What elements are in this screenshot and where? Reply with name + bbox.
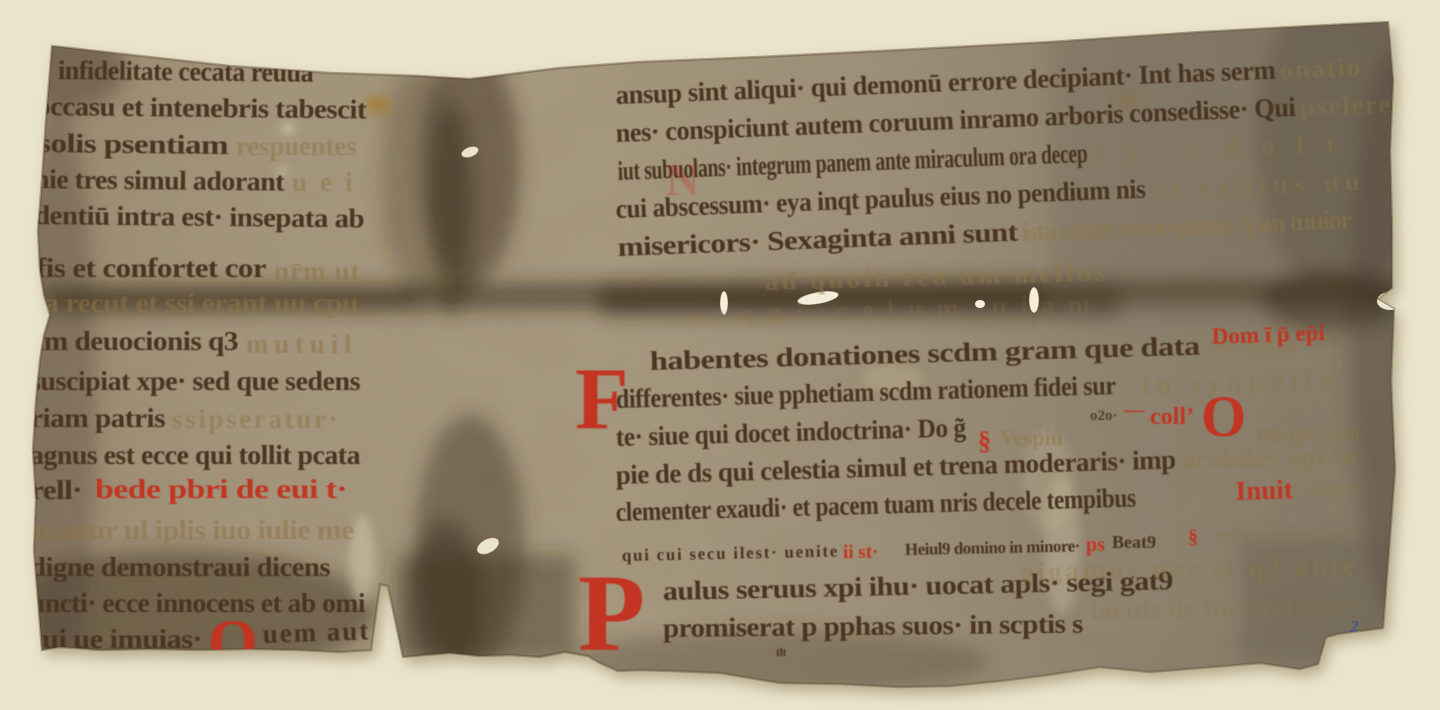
rubric-beatus: Beat9	[1112, 532, 1156, 552]
manuscript-line: promiserat p pphas suos· in scptis s	[663, 609, 1083, 643]
faded-omnipotens: mnīpe sem	[1256, 421, 1361, 447]
rubric-dominica: Dom ī p̄ ep̄i	[1211, 320, 1326, 349]
manuscript-line: dentiū intra est· insepata ab	[34, 200, 364, 233]
manuscript-line: fis et confortet cor	[36, 253, 267, 283]
rubric-dash: —	[1123, 399, 1145, 421]
parchment-fragment: infidelitate cecata reuua occasu et inte…	[0, 0, 1440, 710]
manuscript-photo: infidelitate cecata reuua occasu et inte…	[0, 0, 1440, 710]
manuscript-line: suscipiat xpe· sed que sedens	[30, 366, 360, 396]
manuscript-line: nie tres simul adorant	[34, 164, 285, 197]
rubric-invitatorium: Inuit	[1235, 474, 1293, 506]
versicle-mark: §	[978, 426, 991, 455]
rubric-bede: bede pbri de eui t·	[95, 474, 347, 504]
manuscript-line: occasu et intenebris tabescit	[36, 91, 367, 124]
correction-mark: tlt	[776, 645, 786, 659]
fold-slit-hole	[1029, 287, 1039, 313]
manuscript-line-faded: nr̄m ut	[274, 256, 360, 286]
rubric-ps: ps	[1086, 534, 1105, 556]
manuscript-line-faded: erexit ihu nostri	[1215, 524, 1361, 544]
rubric-oratio: o2o·	[1090, 408, 1118, 424]
initial-f: F	[575, 351, 629, 448]
manuscript-line-faded: respuentes	[236, 131, 356, 161]
rubric-vespers: Vespiū	[1000, 425, 1063, 450]
rubric-ii-st: ii st·	[843, 542, 878, 563]
manuscript-line-faded: mutuil	[246, 329, 352, 359]
versicle-mark: §	[1188, 526, 1198, 548]
initial-p: P	[578, 552, 645, 674]
manuscript-line: um deuocionis q3	[28, 326, 238, 356]
faded-rubric-tail: clamen	[1304, 478, 1359, 498]
manuscript-line: digne demonstraui dicens	[30, 552, 330, 582]
manuscript-line: ui ue imuias·	[42, 624, 202, 654]
manuscript-line: solis psentiam	[38, 128, 230, 160]
manuscript-line: agnus est ecce qui tollit pcata	[30, 440, 361, 470]
manuscript-line-faded: onatio	[1279, 52, 1360, 85]
manuscript-line: uncti· ecce innocens et ab omi	[30, 588, 366, 618]
faint-red-initial: N	[666, 154, 699, 205]
manuscript-line: rell·	[30, 475, 82, 505]
initial-o: O	[1201, 384, 1246, 449]
manuscript-line-faded: facitis de fiu eui facite	[1089, 591, 1350, 626]
manuscript-line: riam patris	[30, 403, 165, 433]
manuscript-line-faded: ueutur ul iplis iuo iulie me	[34, 515, 355, 545]
rubric-collecta: coll’	[1150, 404, 1194, 430]
manuscript-line-faded: ua recut et ssi erant uu cpu	[28, 288, 359, 318]
photo-backdrop: infidelitate cecata reuua occasu et inte…	[0, 0, 1440, 710]
initial-q: Q	[208, 606, 257, 677]
